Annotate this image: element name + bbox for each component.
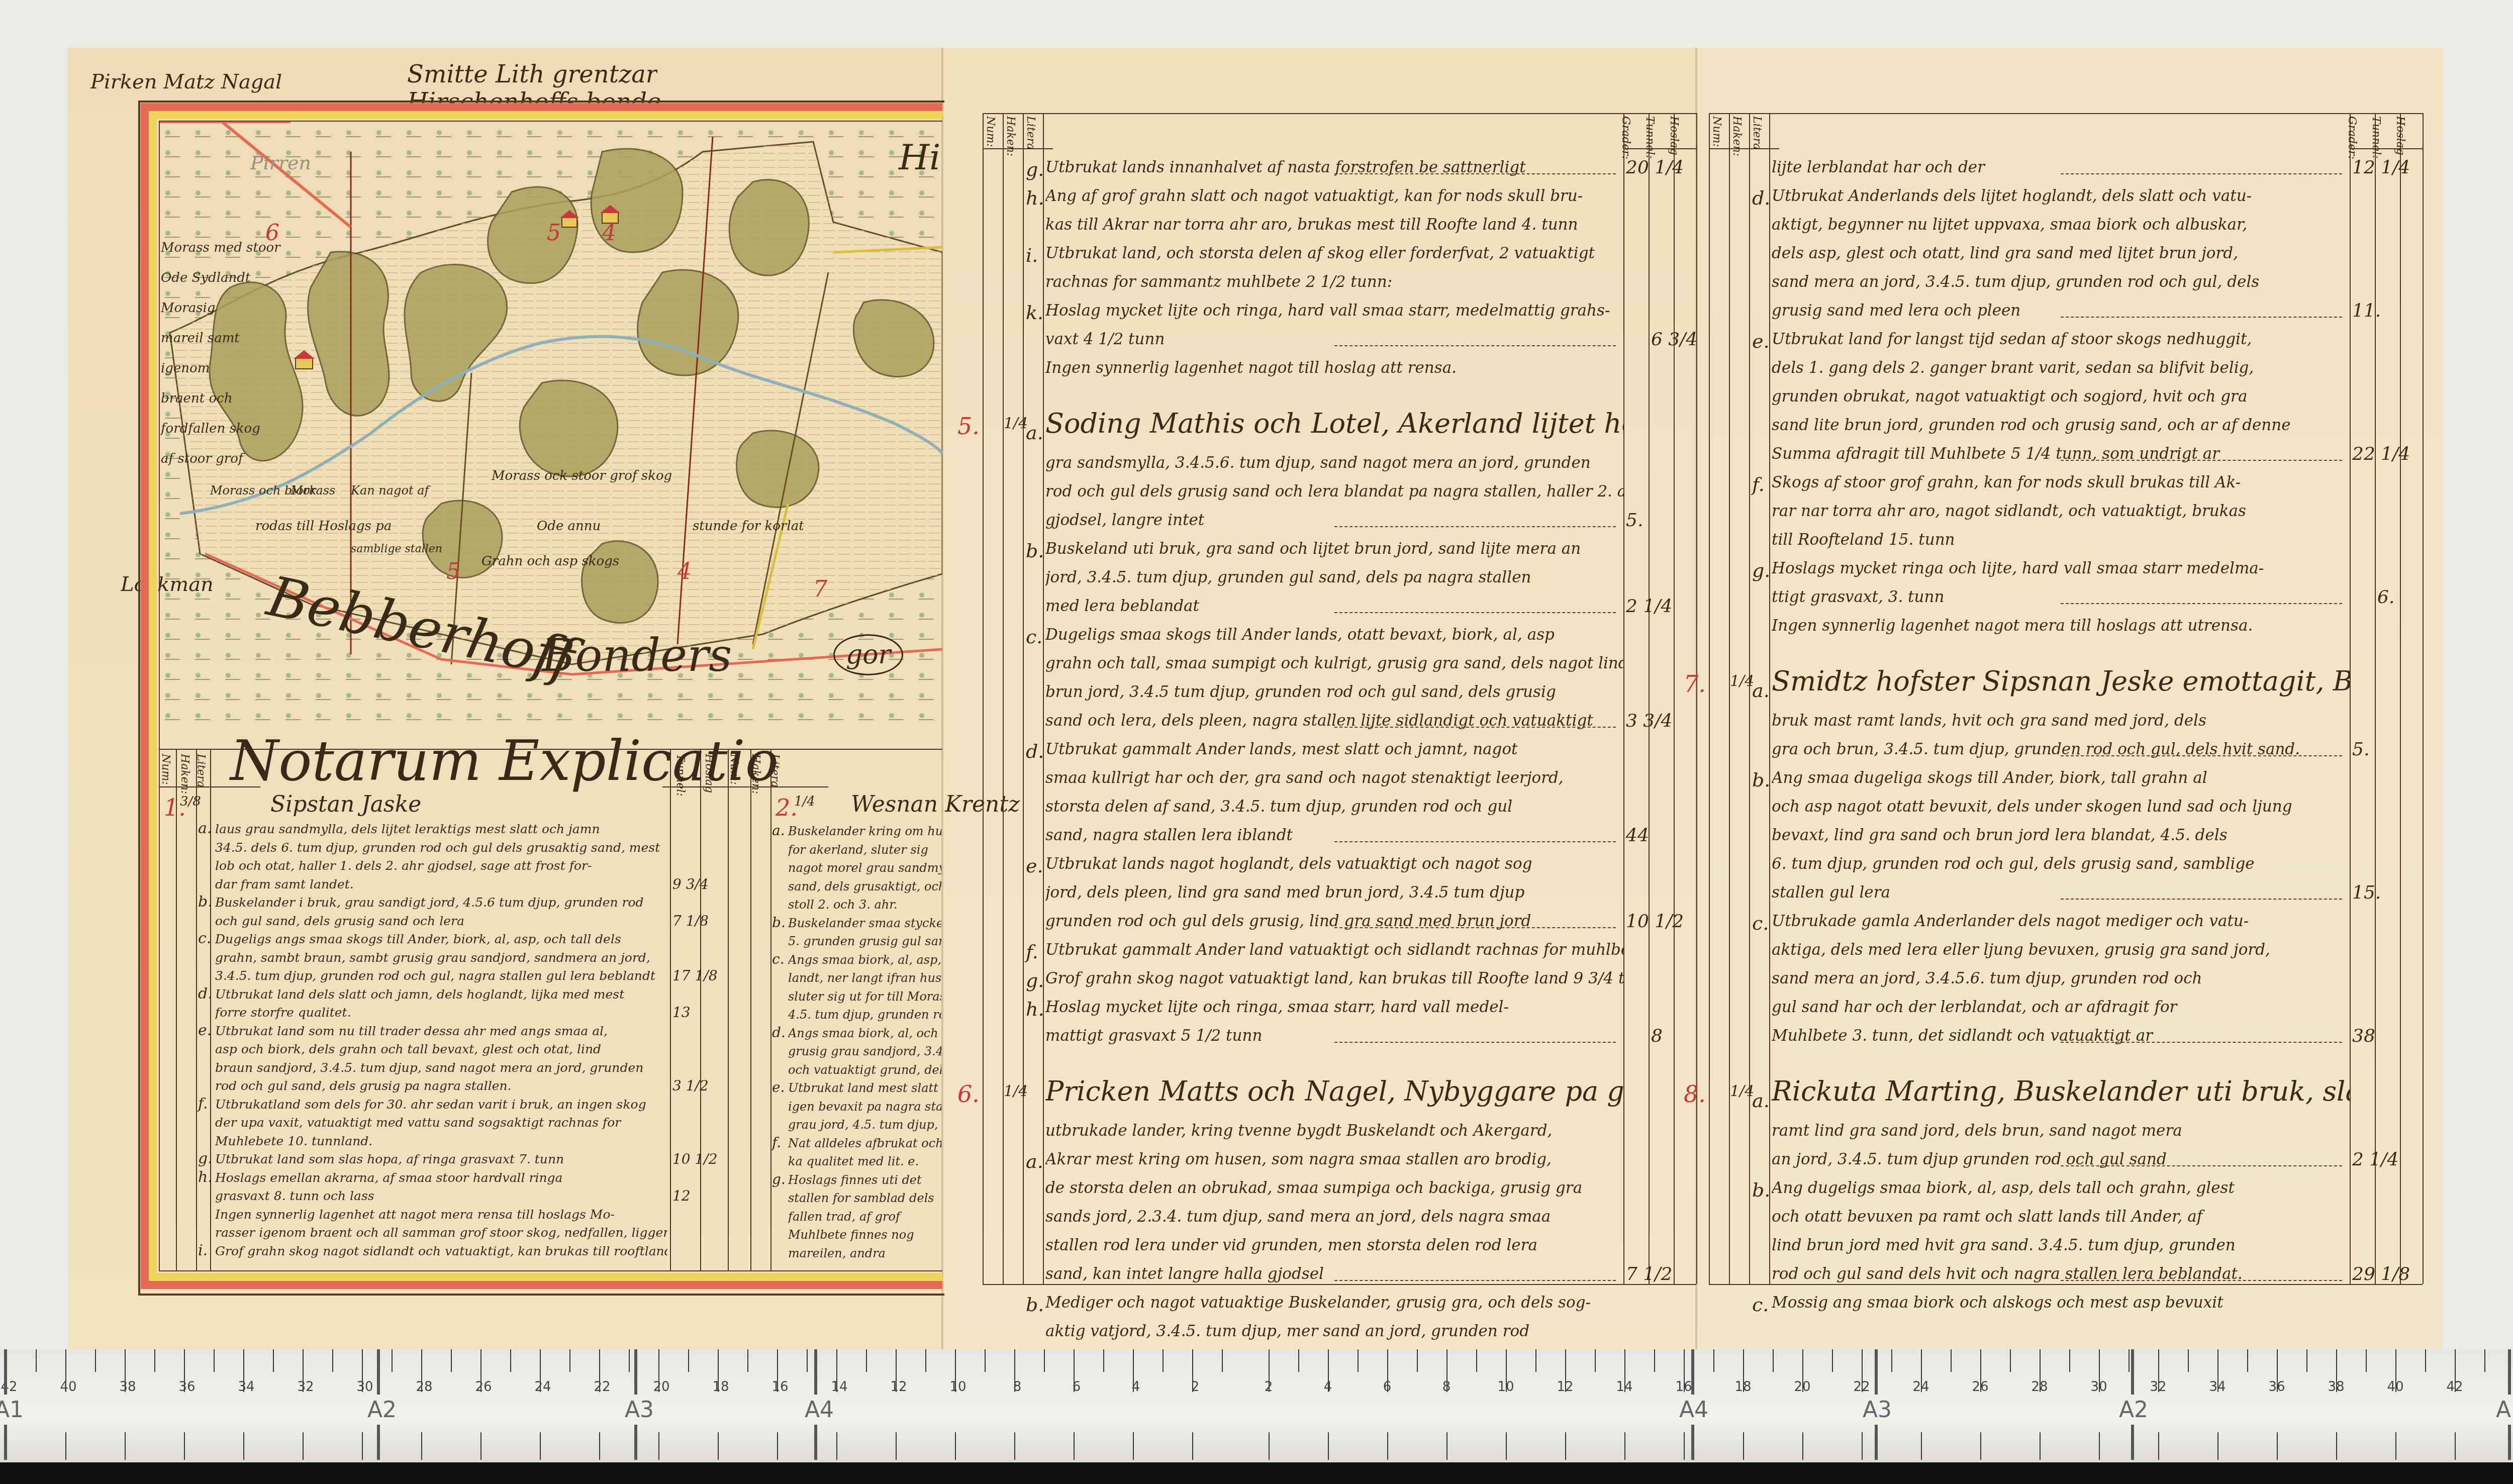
description-line: der upa vaxit, vatuaktigt med vattu sand… [215,1115,667,1130]
description-line: Utbrukat land som slas hopa, af ringa gr… [215,1152,667,1166]
line-letter: g. [1026,969,1044,992]
paper-size-marker [1691,1349,1694,1395]
line-letter: d. [1026,740,1044,762]
ruler-tick [125,1432,126,1460]
ruler-tick [1743,1432,1744,1460]
ruler-label: 18 [1734,1379,1751,1395]
area-value: 7 1/8 [672,913,709,929]
line-letter: c. [1752,1294,1769,1316]
leader-line [1334,173,1616,174]
ruler-tick [1192,1432,1193,1460]
area-value: 2 1/4 [2352,1149,2398,1170]
ruler-tick [2336,1432,2337,1460]
line-letter: a. [772,822,785,839]
margin-note: Ode Sydlandt [161,270,250,285]
map-note: stunde for korlat [693,519,804,534]
ruler-label: 36 [2268,1379,2285,1395]
table-rule [700,749,701,1271]
description-line: nagot morel grau sandmylla, 3. [788,861,941,875]
paper-size-marker [377,1349,380,1395]
ruler-label: 24 [534,1379,551,1395]
description-line: 6. tum djup, grunden rod och gul, dels g… [1772,855,2350,873]
description-line: Ingen synnerlig lagenhet nagot till hosl… [1045,359,1623,377]
description-line: bruk mast ramt lands, hvit och gra sand … [1772,712,2350,730]
ruler-tick [836,1432,837,1460]
leader-line [2061,317,2342,318]
description-line: gul sand har och der lerblandat, och ar … [1772,998,2350,1016]
description-line: grahn och tall, smaa sumpigt och kulrigt… [1045,654,1623,672]
paper-size-label: A4 [805,1397,834,1423]
ruler-label: 40 [2387,1379,2403,1395]
ruler-label: 16 [1675,1379,1692,1395]
ruler-label: 28 [2031,1379,2048,1395]
ruler-label: 4 [1324,1379,1332,1395]
description-line: Utbrukat land, och storsta delen af skog… [1045,244,1623,262]
description-line: Utbrukat gammalt Ander lands, mest slatt… [1045,740,1623,758]
description-line: storsta delen af sand, 3.4.5. tum djup, … [1045,798,1623,816]
map-note: Ode annu [537,519,601,534]
map-note: Morass [291,483,335,498]
ruler-tick-minor [154,1349,155,1372]
ruler-tick-minor [2484,1349,2485,1372]
map-note: Grahn och asp skogs [481,554,619,569]
description-line: Hoslags mycket ringa och lijte, hard val… [1772,559,2350,577]
ruler-label: 34 [2209,1379,2226,1395]
area-value: 17 1/8 [672,967,718,984]
area-label-cut: Hir [899,137,942,178]
description-line: grunden obrukat, nagot vatuaktigt och so… [1772,387,2350,406]
ruler-tick-minor [985,1349,986,1372]
margin-note: Morass med stoor [161,240,280,255]
line-letter: c. [772,951,785,967]
line-letter: b. [772,914,786,931]
ruler-tick [1328,1432,1329,1460]
area-value: 6. [2377,587,2394,608]
description-line: aktiga, dels med lera eller ljung bevuxe… [1772,941,2350,959]
line-letter: a. [1026,1150,1043,1172]
area-value: 22 1/4 [2352,444,2410,464]
parcel-fraction: 1/4 [1004,1082,1028,1100]
description-line: och vatuaktigt grund, dels [788,1063,941,1077]
ruler-tick-minor [1044,1349,1045,1372]
table-rule [2423,113,2424,1284]
line-letter: h. [1026,187,1044,209]
ruler-tick-minor [1773,1349,1774,1372]
description-line: och asp nagot otatt bevuxit, dels under … [1772,798,2350,816]
line-letter: g. [1752,559,1770,581]
ruler-tick-minor [1222,1349,1223,1372]
ruler-tick-minor [451,1349,452,1372]
line-letter: h. [198,1168,213,1186]
description-line: Hoslags finnes uti det [788,1173,941,1187]
leader-line [1334,841,1616,842]
description-line: Akrar mest kring om husen, som nagra sma… [1045,1150,1623,1168]
description-line: dar fram samt landet. [215,877,667,892]
leader-line [1334,612,1616,613]
line-letter: f. [1752,473,1765,496]
ruler-label: 36 [178,1379,195,1395]
description-line: Ang af grof grahn slatt och nagot vatuak… [1045,187,1623,205]
table-rule [196,749,197,1271]
description-line: Ingen synnerlig lagenhet nagot mera till… [1772,617,2350,635]
table-rule [983,113,1696,114]
area-value: 12 [672,1188,691,1204]
description-line: lind brun jord med hvit gra sand. 3.4.5.… [1772,1236,2350,1254]
ruler-tick-minor [273,1349,274,1372]
line-letter: e. [198,1022,212,1039]
parcel-fraction: 1/4 [1004,415,1028,432]
ruler-label: 22 [594,1379,610,1395]
ruler-label: 26 [475,1379,492,1395]
column-header: Hoslag [1668,116,1680,155]
parcel-fraction: 1/4 [1730,1082,1754,1100]
ruler-tick [718,1432,719,1460]
ruler-label: 28 [416,1379,432,1395]
ruler-tick [1802,1432,1803,1460]
ruler-label: 18 [712,1379,729,1395]
line-letter: a. [1026,422,1043,444]
leader-line [1334,1042,1616,1043]
description-line: 4.5. tum djup, grunden rod och gul [788,1008,941,1022]
area-value: 5. [1626,510,1643,531]
parcel-fraction: 1/4 [1730,672,1754,690]
table-rule [1709,113,1710,1284]
description-line: ka qualitet med lit. e. [788,1154,941,1168]
ruler-tick-minor [1163,1349,1164,1372]
description-line: gra sandsmylla, 3.4.5.6. tum djup, sand … [1045,454,1623,472]
description-line: Hoslag mycket lijte och ringa, hard vall… [1045,302,1623,320]
area-value: 7 1/2 [1626,1264,1672,1284]
paper-size-marker [1691,1425,1694,1460]
area-value: 6 3/4 [1651,329,1697,350]
description-line: Muhlebete 10. tunnland. [215,1134,667,1148]
line-letter: b. [1752,1179,1770,1201]
description-line: for akerland, sluter sig [788,843,941,857]
description-line: Buskelander i bruk, grau sandigt jord, 4… [215,895,667,910]
paper-size-marker [634,1425,637,1460]
ruler-tick-minor [688,1349,689,1372]
description-line: stallen rod lera under vid grunden, men … [1045,1236,1623,1254]
parcel-number: 5. [957,413,980,440]
area-label: Pirren [250,152,311,174]
ruler-label: 42 [1,1379,17,1395]
ruler-tick-minor [925,1349,926,1372]
line-letter: k. [1026,302,1043,324]
ruler-label: 32 [297,1379,314,1395]
ruler-tick [2158,1432,2159,1460]
paper-size-label: A1 [2496,1397,2513,1423]
line-letter: h. [1026,998,1044,1020]
owner-heading: Rickuta Marting, Buskelander uti bruk, s… [1772,1075,2350,1107]
ruler-tick-minor [510,1349,511,1372]
description-line: fallen trad, af grof [788,1210,941,1224]
line-letter: g. [198,1150,213,1167]
ruler-label: 40 [60,1379,76,1395]
leader-line [2061,1280,2342,1281]
description-line: landt, ner langt ifran husen, som [788,971,941,985]
ruler-tick [2277,1432,2278,1460]
table-rule [1709,148,1779,149]
paper-size-label: A3 [625,1397,654,1423]
table-rule [1623,113,1624,1284]
description-line: grahn, sambt braun, sambt grusig grau sa… [215,950,667,965]
line-letter: d. [772,1024,786,1041]
description-line: Ang smaa dugeliga skogs till Ander, bior… [1772,769,2350,787]
leader-line [1334,927,1616,928]
description-line: sand, dels grusaktigt, och lijte [788,879,941,894]
ruler-tick-minor [1298,1349,1299,1372]
line-letter: f. [198,1095,208,1113]
ruler-tick [2455,1432,2456,1460]
area-value: 44 [1626,825,1649,846]
description-line: de storsta delen an obrukad, smaa sumpig… [1045,1179,1623,1197]
description-line: rod och gul dels grusig sand och lera bl… [1045,482,1623,501]
description-line: aktigt, begynner nu lijtet uppvaxa, smaa… [1772,216,2350,234]
description-line: sluter sig ut for till Morassen [788,990,941,1004]
description-line: Utbrukat land som nu till trader dessa a… [215,1024,667,1038]
line-letter: a. [198,820,212,837]
description-line: Buskelander smaa stycken uti skogen [788,916,941,930]
ruler-tick-minor [1535,1349,1536,1372]
ruler-label: 2 [1265,1379,1273,1395]
description-line: forre storfre qualitet. [215,1005,667,1020]
line-letter: c. [1752,912,1769,934]
area-value: 3 1/2 [672,1077,709,1094]
ruler-tick [955,1432,956,1460]
area-value: 3 3/4 [1626,711,1672,731]
ruler-label: 6 [1073,1379,1081,1395]
description-line: sand lite brun jord, grunden rod och gru… [1772,416,2350,434]
description-line: aktig vatjord, 3.4.5. tum djup, mer sand… [1045,1322,1623,1340]
description-line: Utbrukatland som dels for 30. ahr sedan … [215,1097,667,1112]
ruler-label: 8 [1013,1379,1022,1395]
estate-suffix: Bonders [542,629,732,682]
cadastral-map: Pirren Hir 6 5 4 4 5 7 Morass med stoor … [160,122,942,722]
paper-size-marker [2508,1425,2511,1460]
ruler-label: 34 [238,1379,254,1395]
paper-size-marker [814,1425,817,1460]
ruler-tick [2395,1432,2396,1460]
line-letter: b. [1026,1294,1044,1316]
description-line: rod och gul sand, dels grusig pa nagra s… [215,1078,667,1093]
column-header: Haken: [1730,116,1743,156]
map-note: rodas till Hoslags pa [255,519,392,534]
table-title: Notarum Explicatio [230,729,779,793]
map-note: Kan nagot af [351,483,429,498]
ruler-label: 38 [119,1379,136,1395]
ruler-label: 22 [1853,1379,1870,1395]
leader-line [1334,526,1616,527]
leader-line [2061,1042,2342,1043]
leader-line [2061,603,2342,604]
table-rule [1729,113,1730,1284]
description-line: Muhlbete finnes nog [788,1228,941,1242]
description-line: Dugeligs angs smaa skogs till Ander, bio… [215,932,667,946]
area-value: 10 1/2 [1626,911,1684,932]
line-letter: b. [1752,769,1770,791]
ruler-tick [1269,1432,1270,1460]
column-header: Grader: [1619,116,1632,159]
table-rule [670,749,671,1271]
leader-line [2061,173,2342,174]
description-line: Buskeland uti bruk, gra sand och lijtet … [1045,540,1623,558]
paper-size-marker [377,1425,380,1460]
ruler-tick-minor [1417,1349,1418,1372]
ruler-tick-minor [36,1349,37,1372]
description-line: Buskelander kring om husen [788,824,941,838]
description-line: 5. grunden grusig gul sand, dels [788,934,941,948]
ruler-tick [1684,1432,1685,1460]
table-rule [770,749,771,1271]
ruler-tick-minor [569,1349,570,1372]
pencil-annotation: Pirken Matz Nagal [90,70,282,93]
ruler-label: 16 [771,1379,788,1395]
ruler-tick-minor [2188,1349,2189,1372]
ruler-label: 14 [1616,1379,1632,1395]
parcel-number: 8. [1684,1080,1706,1108]
column-header: Num: [159,754,172,785]
description-line: jord, dels pleen, lind gra sand med brun… [1045,883,1623,902]
line-letter: f. [772,1134,781,1151]
ruler-tick-minor [866,1349,867,1372]
ruler-tick [1014,1432,1015,1460]
paper-size-marker [814,1349,817,1395]
description-line: sand mera an jord, 3.4.5. tum djup, grun… [1772,273,2350,291]
description-line: igen bevaxit pa nagra stallen [788,1100,941,1114]
description-line: sand mera an jord, 3.4.5.6. tum djup, gr… [1772,969,2350,987]
notarum-explicatio-table: Num: Haken: Litera Tunnel: Hoslag Num: H… [160,724,942,1271]
ruler-tick-minor [807,1349,808,1372]
margin-note: fordfallen skog [161,421,260,436]
margin-note: igenom [161,361,210,376]
paper-size-label: A2 [367,1397,397,1423]
ruler-tick-minor [392,1349,393,1372]
line-letter: g. [772,1171,786,1188]
description-line: 3.4.5. tum djup, grunden rod och gul, na… [215,968,667,983]
description-line: Utbrukat land dels slatt och jamn, dels … [215,987,667,1002]
scanner-edge [0,1462,2513,1484]
leader-line [1334,1280,1616,1281]
ruler-tick-minor [1832,1349,1833,1372]
ruler-tick [1074,1432,1075,1460]
ruler-label: 20 [653,1379,669,1395]
description-line: Utbrukat land for langst tijd sedan af s… [1772,330,2350,348]
ruler-label: 20 [1794,1379,1810,1395]
description-line: och gul sand, dels grusig sand och lera [215,914,667,928]
margin-note: Morasig [161,301,216,316]
ruler-tick [1921,1432,1922,1460]
table-rule [1696,113,1697,1284]
column-header: Hoslag [2394,116,2406,155]
line-letter: c. [198,930,211,947]
estate-tag: gor [833,634,903,675]
ruler-label: 30 [356,1379,373,1395]
parcel-number: 4 [602,220,616,246]
description-line: Utbrukade gamla Anderlander dels nagot m… [1772,912,2350,930]
table-rule [1043,113,1044,1284]
owner-heading: Soding Mathis och Lotel, Akerland lijtet… [1045,408,1623,439]
ruler-tick [362,1432,363,1460]
line-letter: f. [1026,941,1038,963]
ruler-tick [1387,1432,1388,1460]
ruler-tick [658,1432,659,1460]
ruler-tick [243,1432,244,1460]
ruler-tick-minor [2247,1349,2248,1372]
description-line: utbrukade lander, kring tvenne bygdt Bus… [1045,1122,1623,1140]
description-line: stoll 2. och 3. ahr. [788,898,941,912]
paper-size-marker [4,1349,7,1395]
ruler-tick-minor [1951,1349,1952,1372]
parcel-number: 7 [813,576,827,602]
owner-heading: Smidtz hofster Sipsnan Jeske emottagit, … [1772,665,2350,697]
description-line: Hoslags emellan akrarna, af smaa stoor h… [215,1170,667,1185]
ruler-tick [2099,1432,2100,1460]
line-letter: e. [1026,855,1043,877]
border-label: Smitte Lith grentzar [407,60,657,88]
area-value: 9 3/4 [672,876,709,893]
ruler-label: 38 [2328,1379,2344,1395]
ruler-tick [184,1432,185,1460]
table-rule [1623,148,1696,149]
description-line: rar nar torra ahr aro, nagot sidlandt, o… [1772,502,2350,520]
ruler-tick-minor [1891,1349,1892,1372]
ruler-tick [2217,1432,2218,1460]
table-rule [1709,1284,2423,1285]
table-rule [1709,113,2423,114]
measuring-ruler: 4240383634323028262422201816141210864224… [0,1349,2513,1462]
description-line: Hoslag mycket lijte och ringa, smaa star… [1045,998,1623,1016]
description-line: Mossig ang smaa biork och alskogs och me… [1772,1294,2350,1312]
paper-size-marker [1875,1349,1878,1395]
ruler-label: 6 [1383,1379,1392,1395]
description-line: till Roofteland 15. tunn [1772,531,2350,549]
ruler-label: 4 [1132,1379,1140,1395]
description-line: Angs smaa biork, al, asp, och [788,953,941,967]
description-line: Nat alldeles afbrukat och dels [788,1136,941,1150]
description-line: ramt lind gra sand jord, dels brun, sand… [1772,1122,2350,1140]
column-header: Tunnel: [1644,116,1656,159]
parcel-number: 5 [547,220,561,246]
ruler-tick [421,1432,422,1460]
description-line: kas till Akrar nar torra ahr aro, brukas… [1045,216,1623,234]
description-line: laus grau sandmylla, dels lijtet lerakti… [215,822,667,836]
ruler-tick [1565,1432,1566,1460]
table-rule [176,749,177,1271]
paper-size-marker [2131,1425,2134,1460]
description-line: jord, 3.4.5. tum djup, grunden gul sand,… [1045,568,1623,586]
description-line: grau jord, 4.5. tum djup, grunden [788,1118,941,1132]
paper-size-marker [2131,1349,2134,1395]
ruler-tick-minor [95,1349,96,1372]
description-line: dels asp, glest och otatt, lind gra sand… [1772,244,2350,262]
line-letter: a. [1752,1090,1770,1112]
line-letter: e. [772,1079,785,1096]
line-letter: d. [198,985,213,1003]
table-rule [983,148,1053,149]
ruler-tick [1980,1432,1981,1460]
area-value: 29 1/8 [2352,1264,2410,1284]
ruler-tick-minor [1358,1349,1359,1372]
area-value: 13 [672,1004,691,1021]
area-value: 20 1/4 [1626,157,1684,178]
line-letter: d. [1752,187,1770,209]
description-line: rasser igenom braent och all samman grof… [215,1225,667,1240]
description-line: mareilen, andra [788,1246,941,1260]
ruler-tick [2040,1432,2041,1460]
column-header: Num: [1710,116,1723,147]
ruler-label: 42 [2446,1379,2463,1395]
table-rule [2375,113,2376,1284]
